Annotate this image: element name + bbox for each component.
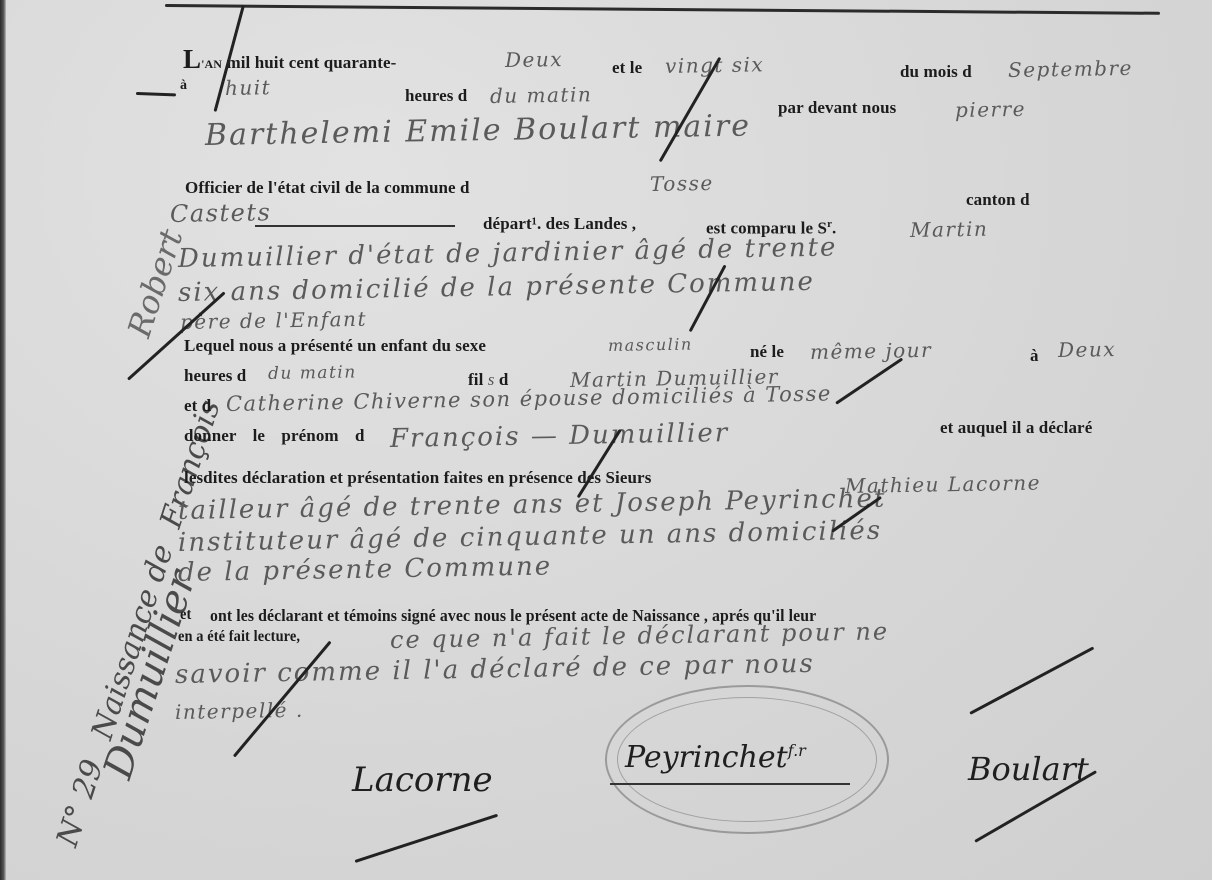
hw-declarant-line3: père de l'Enfant [180, 307, 367, 334]
hw-witness-line4: de la présente Commune [178, 551, 553, 588]
printed-donner-prenom: donner le prénom d [184, 426, 365, 446]
printed-departement: départ¹. des Landes , [483, 214, 636, 234]
hw-mother: Catherine Chiverne son épouse domiciliés… [226, 381, 832, 416]
hw-commune: Tosse [650, 171, 714, 196]
printed-du-mois: du mois d [900, 62, 972, 82]
hw-declarant-first: Martin [910, 217, 989, 242]
hw-reading-line2: savoir comme il l'a déclaré de ce par no… [175, 649, 815, 690]
hw-year-suffix: Deux [505, 47, 563, 72]
printed-et-le: et le [612, 58, 642, 78]
hw-sex: masculin [608, 335, 693, 355]
hw-time-of-day: du matin [490, 82, 593, 108]
hw-birth-day: même jour [810, 338, 933, 364]
printed-ne-le: né le [750, 342, 784, 362]
signature-mayor-boulart: Boulart [968, 750, 1089, 788]
printed-lecture: en a été fait lecture, [178, 628, 300, 646]
hw-officer-first: pierre [955, 97, 1026, 122]
top-rule-line [165, 4, 1160, 15]
printed-a: à [180, 78, 187, 94]
signature-witness-lacorne: Lacorne [352, 760, 493, 800]
printed-heures-2: heures d [184, 366, 246, 386]
signature-underline [610, 783, 850, 785]
printed-canton: canton d [966, 190, 1030, 210]
printed-lesdites: lesdites déclaration et présentation fai… [184, 468, 651, 488]
pen-stroke [969, 646, 1094, 714]
printed-heures: heures d [405, 86, 467, 106]
printed-lequel: Lequel nous a présenté un enfant du sexe [184, 336, 486, 356]
hw-hour: huit [225, 75, 272, 100]
signature-witness-peyrinchet: Peyrinchetf.r [625, 740, 806, 775]
pen-stroke [355, 814, 499, 863]
hw-birth-hour: Deux [1058, 337, 1116, 362]
printed-birth-a: à [1030, 346, 1039, 366]
printed-et: et [180, 606, 191, 624]
birth-record-page: N° 29 Naissance de François Dumuillier R… [0, 0, 1212, 880]
hw-canton: Castets [170, 198, 272, 228]
printed-auquel: et auquel il a déclaré [940, 418, 1092, 438]
hw-given-name: François — Dumuillier [390, 418, 730, 454]
hw-birth-time: du matin [268, 362, 357, 384]
printed-line-year: L'AN mil huit cent quarante- [183, 44, 396, 75]
printed-et-d: et d [184, 396, 211, 416]
hw-reading-line3: interpellé . [175, 698, 304, 724]
printed-par-devant-nous: par devant nous [778, 98, 896, 118]
page-binding-edge [0, 0, 6, 880]
canton-underline [255, 225, 455, 227]
pen-stroke [835, 358, 903, 405]
hw-month: Septembre [1008, 56, 1133, 82]
printed-officier: Officier de l'état civil de la commune d [185, 178, 470, 198]
pen-stroke [136, 92, 176, 96]
